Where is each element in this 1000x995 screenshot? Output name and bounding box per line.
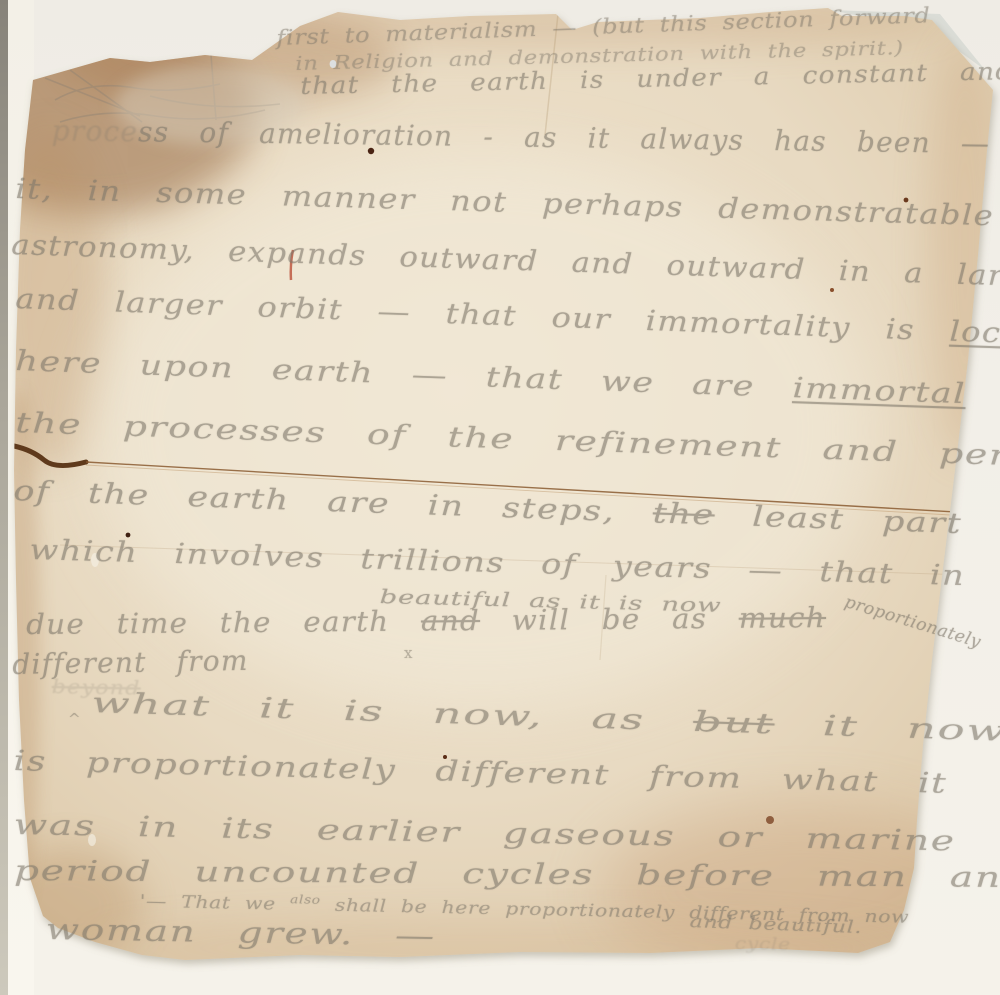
handwriting-segment: it, in some manner not perhaps demonstra… [15,172,1000,234]
handwriting-segment: due time the earth [26,605,421,641]
handwriting-segment: '— That we [140,892,291,915]
manuscript-line: period uncounted cycles before man and [14,854,1000,894]
handwriting-segment: much [739,601,827,635]
handwriting-segment: immortal [792,371,967,410]
manuscript-line: the processes of the refinement and perf… [15,406,1000,477]
handwriting-segment: here upon earth — that we are [15,344,793,404]
handwriting-segment: and larger orbit — that our immortality … [15,282,950,348]
handwriting-segment: which involves trillions of years — that… [29,533,966,592]
handwriting-segment: astronomy, expands outward and outward i… [11,228,1000,294]
handwriting-segment: woman grew. — [45,912,436,953]
handwriting-segment: it now [774,707,1000,747]
handwriting-segment: ^ [68,710,82,728]
handwriting-segment: the processes of the refinement and perf… [15,406,1000,477]
manuscript-line: of the earth are in steps, the least par… [13,474,1000,543]
handwriting-segment: ss of amelioration - as it always has be… [138,115,1000,161]
handwriting-segment: but [693,705,775,741]
manuscript-insertion-margin: proportionately [842,592,983,653]
handwriting-segment: the [652,496,715,531]
handwriting-segment: proportionately [842,592,983,653]
manuscript-line: which involves trillions of years — that… [29,533,1000,594]
manuscript-scan: first to materialism — (but this section… [0,0,1000,995]
handwriting-segment: located [949,315,1000,352]
handwriting-segment: of the earth are in steps, [13,474,654,529]
manuscript-line: it, in some manner not perhaps demonstra… [15,172,1000,234]
manuscript-line: due time the earth and will be as much [26,601,826,641]
manuscript-line: and larger orbit — that our immortality … [15,282,1000,352]
handwriting-segment: period uncounted cycles before man and [14,854,1000,894]
insertion-caret: ^ [68,710,82,728]
handwriting-layer: first to materialism — (but this section… [0,0,1000,995]
handwriting-segment: — [965,559,1000,594]
manuscript-erased-word: cycle [735,934,791,955]
insertion-caret: x [404,644,414,662]
handwriting-segment: least part of [714,498,1000,542]
handwriting-segment: what it is now, as [91,686,694,738]
manuscript-line: woman grew. — [45,912,436,953]
manuscript-line: what it is now, as but it now [91,686,1000,748]
handwriting-segment: x [404,644,414,662]
handwriting-segment: was in its earlier gaseous or marine [13,808,956,857]
handwriting-segment: and [421,604,480,638]
manuscript-line: here upon earth — that we are immortal —… [15,344,1000,417]
manuscript-line: astronomy, expands outward and outward i… [11,228,1000,294]
handwriting-segment: will be as [480,602,739,637]
manuscript-line: is proportionately different from what i… [13,744,948,800]
manuscript-line: was in its earlier gaseous or marine [13,808,956,857]
handwriting-segment: is proportionately different from what i… [13,744,948,800]
handwriting-segment: proce [52,114,139,148]
manuscript-line: process of amelioration - as it always h… [52,114,1000,161]
handwriting-segment: also [290,892,321,907]
handwriting-segment: — that [965,377,1000,417]
handwriting-segment: cycle [735,934,791,955]
